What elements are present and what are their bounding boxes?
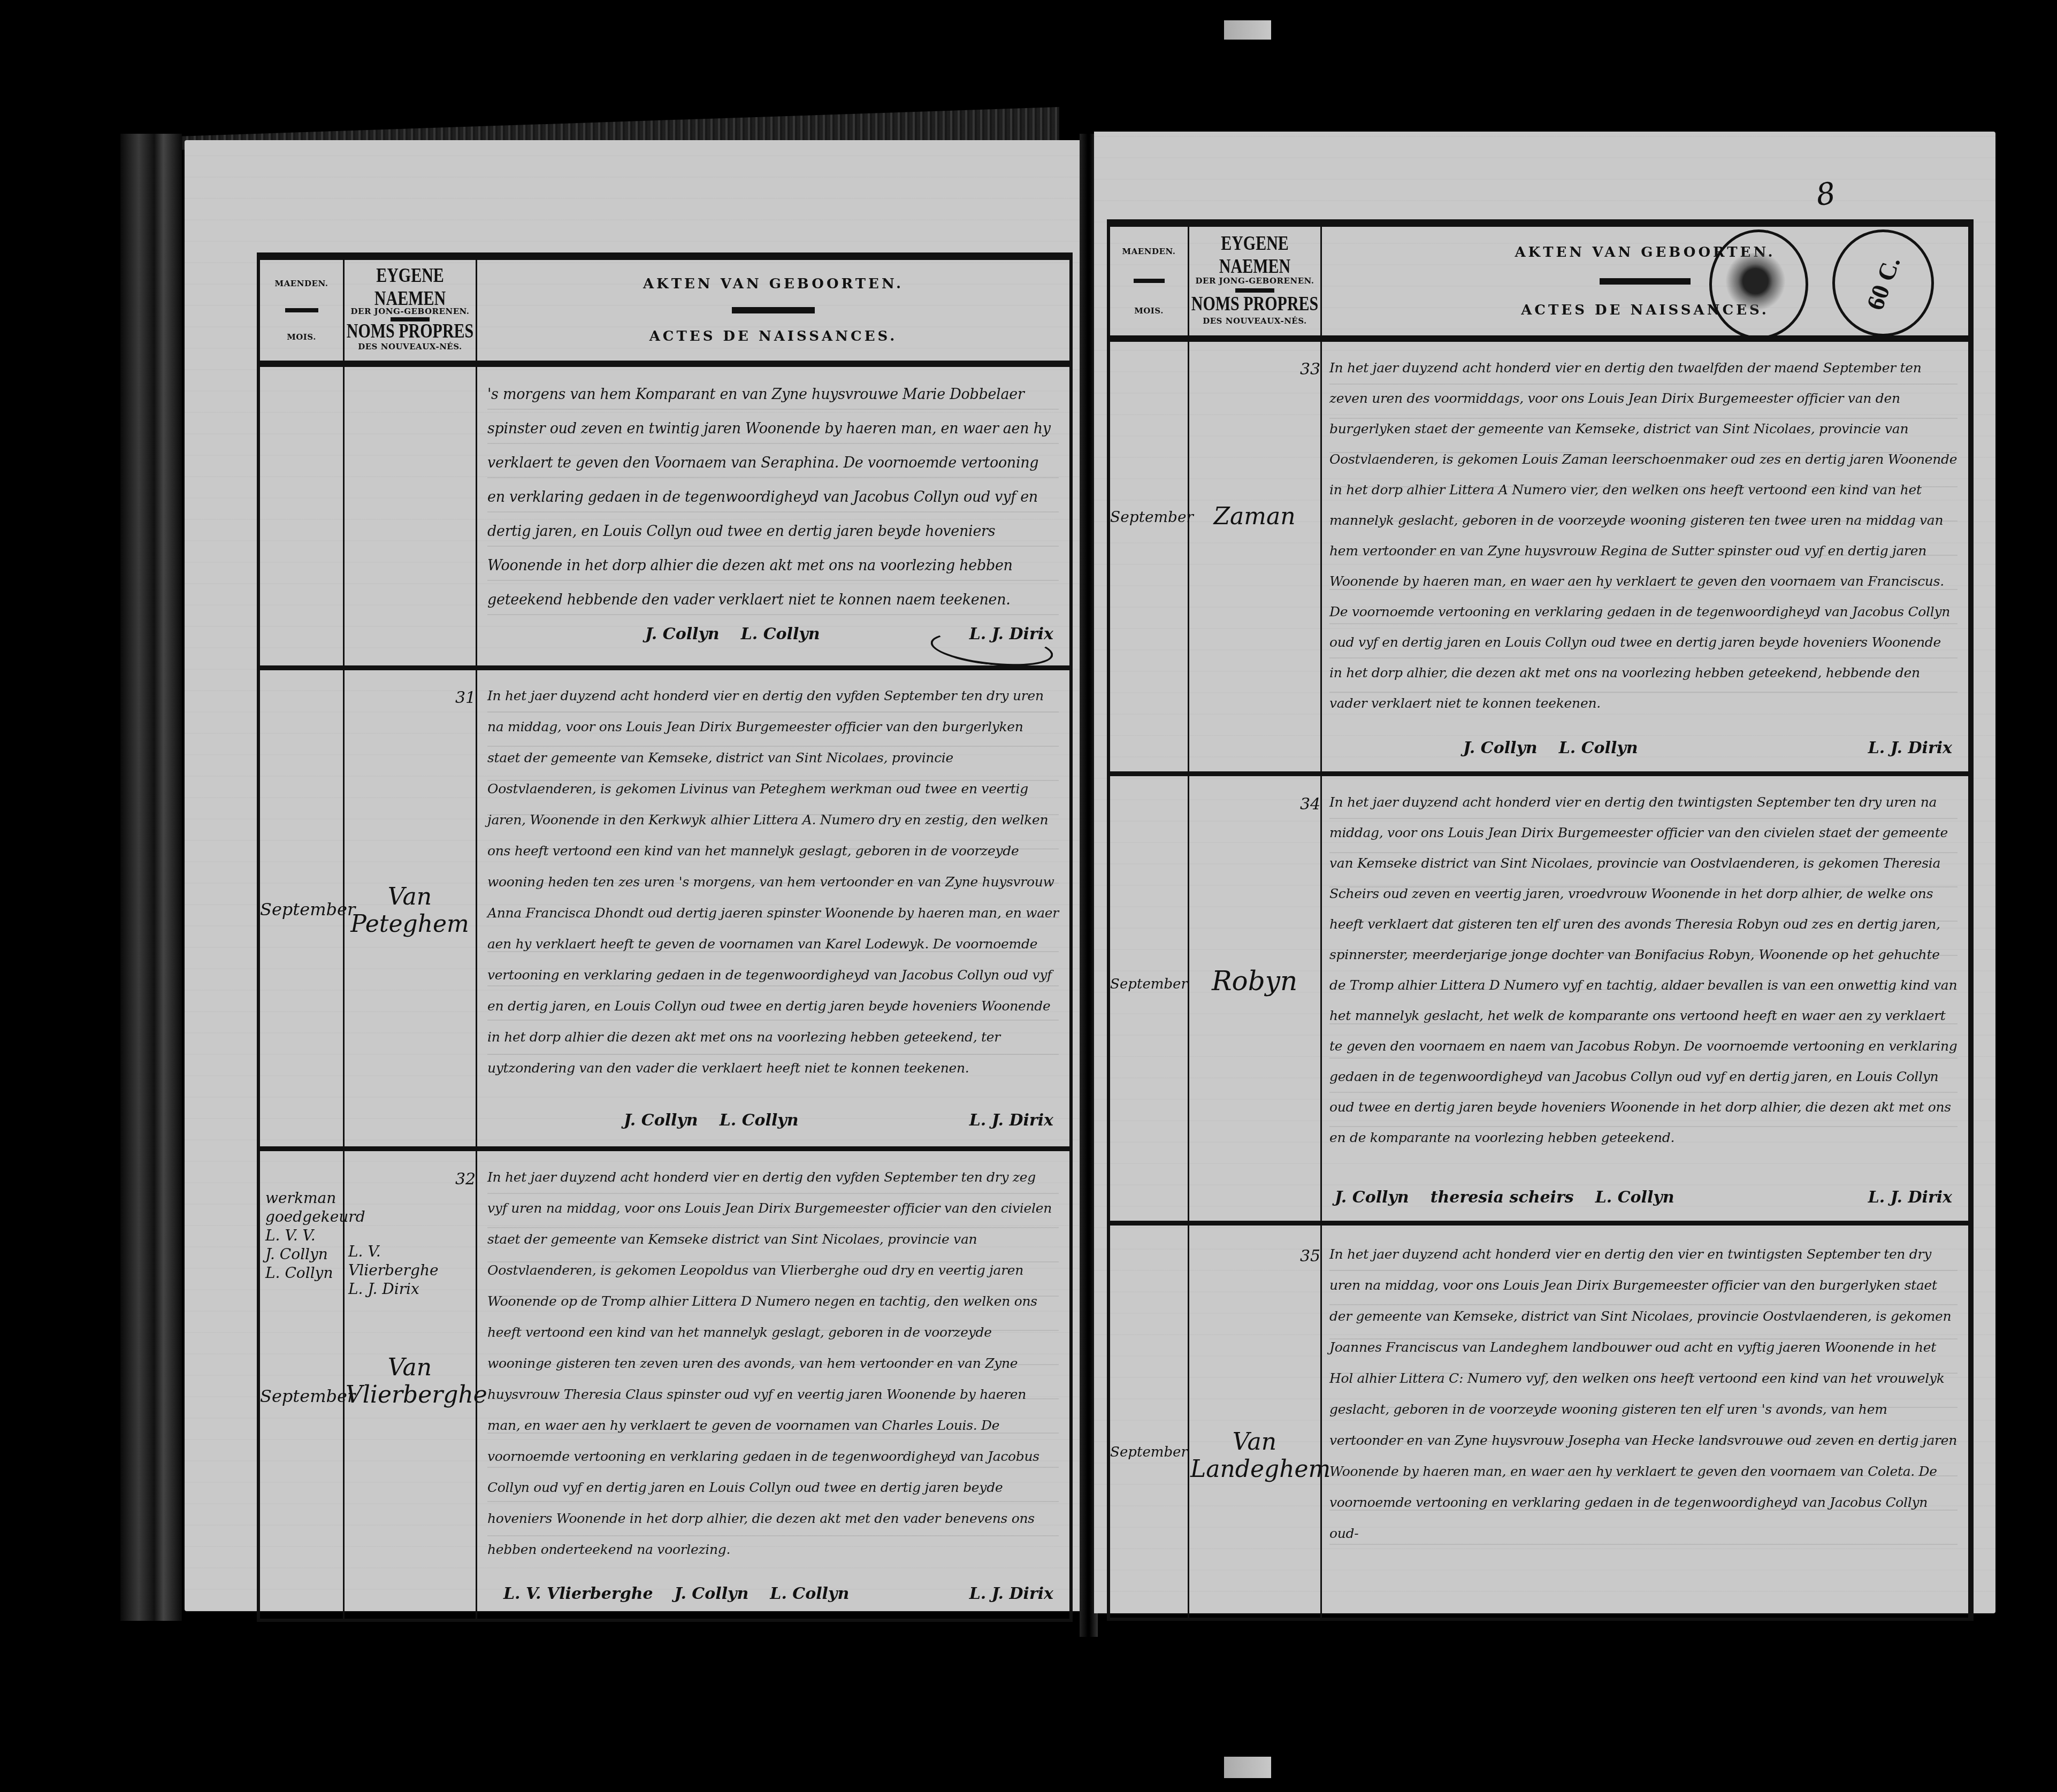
book-fore-edge <box>120 134 182 1621</box>
left-page: MAENDEN. MOIS. EYGENE NAEMEN DER JONG-GE… <box>185 140 1083 1611</box>
header-names-fr-sub: DES NOUVEAUX-NÉS. <box>1203 316 1307 326</box>
header-acts-fr: ACTES DE NAISSANCES. <box>649 328 898 344</box>
header-month-column: MAENDEN. MOIS. <box>1110 227 1188 335</box>
entry-month: September <box>1110 1445 1188 1461</box>
header-month-fr: MOIS. <box>1134 306 1164 316</box>
entry-surname: Robyn <box>1190 966 1319 997</box>
signature-mayor: L. J. Dirix <box>969 1584 1053 1603</box>
signature-mayor: L. J. Dirix <box>1868 1188 1952 1207</box>
entry-text: In het jaer duyzend acht honderd vier en… <box>487 1162 1059 1565</box>
header-month-column: MAENDEN. MOIS. <box>260 260 343 361</box>
signature-witness-1: J. Collyn <box>675 1584 749 1603</box>
scan-target-marker-bottom <box>1224 1757 1271 1778</box>
table-header: MAENDEN. MOIS. EYGENE NAEMEN DER JONG-GE… <box>1110 227 1968 342</box>
table-header: MAENDEN. MOIS. EYGENE NAEMEN DER JONG-GE… <box>260 260 1069 367</box>
signature-witness-1: J. Collyn <box>645 625 720 644</box>
header-divider <box>285 308 318 312</box>
entry-surname: Zaman <box>1190 503 1319 531</box>
fiscal-stamp-60c: 60 C. <box>1832 229 1934 336</box>
header-divider <box>1600 278 1690 285</box>
birth-entry-35: 35 September Van Landeghem In het jaer d… <box>1110 1231 1968 1627</box>
entry-month: September <box>260 900 343 920</box>
entry-text: In het jaer duyzend acht honderd vier en… <box>1329 787 1957 1153</box>
entry-signatures: J. Collyn theresia scheirs L. Collyn L. … <box>1335 1188 1952 1207</box>
entry-month: September <box>1110 977 1188 993</box>
scan-target-marker-top <box>1224 20 1271 40</box>
birth-entry-34: 34 September Robyn In het jaer duyzend a… <box>1110 782 1968 1226</box>
entry-surname: Van Landeghem <box>1190 1429 1319 1483</box>
header-names-column: EYGENE NAEMEN DER JONG-GEBORENEN. NOMS P… <box>1189 227 1320 335</box>
signature-witness-2: L. Collyn <box>770 1584 849 1603</box>
entry-text: In het jaer duyzend acht honderd vier en… <box>487 680 1059 1084</box>
entry-signatures: L. V. Vlierberghe J. Collyn L. Collyn L.… <box>503 1584 1053 1603</box>
header-names-nl: EYGENE NAEMEN <box>345 265 476 310</box>
birth-entry-31: 31 September Van Peteghem In het jaer du… <box>260 675 1069 1151</box>
header-acts-nl: AKTEN VAN GEBOORTEN. <box>643 276 904 292</box>
lion-emblem-icon <box>1726 253 1792 316</box>
entry-text: 's morgens van hem Komparant en van Zyne… <box>487 378 1059 617</box>
header-divider <box>1134 279 1165 283</box>
margin-annotation-signatures: L. V. Vlierberghe L. J. Dirix <box>348 1242 474 1298</box>
entry-signatures: J. Collyn L. Collyn L. J. Dirix <box>1463 739 1952 757</box>
header-month-nl: MAENDEN. <box>275 279 328 288</box>
stamp-value: 60 C. <box>1861 252 1906 313</box>
entry-number: 32 <box>455 1170 476 1189</box>
register-table: MAENDEN. MOIS. EYGENE NAEMEN DER JONG-GE… <box>1107 219 1974 1621</box>
header-month-nl: MAENDEN. <box>1122 247 1176 256</box>
birth-entry-33: 33 September Zaman In het jaer duyzend a… <box>1110 348 1968 776</box>
header-names-fr: NOMS PROPRES <box>1191 293 1319 316</box>
entry-month: September <box>1110 509 1188 526</box>
signature-witness-1: J. Collyn <box>1463 739 1538 757</box>
entry-surname: Van Peteghem <box>346 884 474 938</box>
signature-witness-1: J. Collyn <box>1335 1188 1409 1207</box>
signature-witness-2: L. Collyn <box>720 1111 799 1130</box>
header-names-nl: EYGENE NAEMEN <box>1189 232 1320 278</box>
entry-signatures: J. Collyn L. Collyn L. J. Dirix <box>624 1111 1053 1130</box>
header-divider <box>732 307 815 313</box>
header-month-fr: MOIS. <box>287 332 316 342</box>
fiscal-stamp-lion <box>1709 229 1808 339</box>
margin-annotation: werkman goedgekeurd L. V. V. J. Collyn L… <box>265 1189 346 1282</box>
header-names-column: EYGENE NAEMEN DER JONG-GEBORENEN. NOMS P… <box>345 260 476 361</box>
entry-month: September <box>260 1387 343 1406</box>
signature-informant: theresia scheirs <box>1431 1188 1574 1207</box>
signature-father: L. V. Vlierberghe <box>503 1584 653 1603</box>
signature-witness-2: L. Collyn <box>1595 1188 1674 1207</box>
register-table: MAENDEN. MOIS. EYGENE NAEMEN DER JONG-GE… <box>257 252 1073 1622</box>
entry-text: In het jaer duyzend acht honderd vier en… <box>1329 1239 1957 1549</box>
folio-number: 8 <box>1814 176 1838 213</box>
header-acts-column: AKTEN VAN GEBOORTEN. ACTES DE NAISSANCES… <box>477 260 1069 361</box>
entry-text: In het jaer duyzend acht honderd vier en… <box>1329 353 1957 718</box>
header-divider <box>1235 288 1275 293</box>
birth-entry-32: 32 werkman goedgekeurd L. V. V. J. Colly… <box>260 1157 1069 1627</box>
entry-number: 34 <box>1300 795 1320 814</box>
entry-number: 33 <box>1300 360 1320 379</box>
signature-witness-2: L. Collyn <box>741 625 820 644</box>
entry-number: 35 <box>1300 1247 1320 1266</box>
signature-mayor: L. J. Dirix <box>1868 739 1952 757</box>
header-names-fr: NOMS PROPRES <box>347 320 474 343</box>
header-names-fr-sub: DES NOUVEAUX-NÉS. <box>358 342 462 351</box>
right-page: 8 MAENDEN. MOIS. EYGENE NAEMEN DER JONG-… <box>1094 132 1995 1613</box>
signature-mayor: L. J. Dirix <box>969 1111 1053 1130</box>
entry-number: 31 <box>455 688 476 707</box>
birth-entry-continued: 's morgens van hem Komparant en van Zyne… <box>260 373 1069 670</box>
signature-witness-2: L. Collyn <box>1559 739 1638 757</box>
signature-witness-1: J. Collyn <box>624 1111 698 1130</box>
entry-surname: Van Vlierberghe <box>346 1354 474 1408</box>
